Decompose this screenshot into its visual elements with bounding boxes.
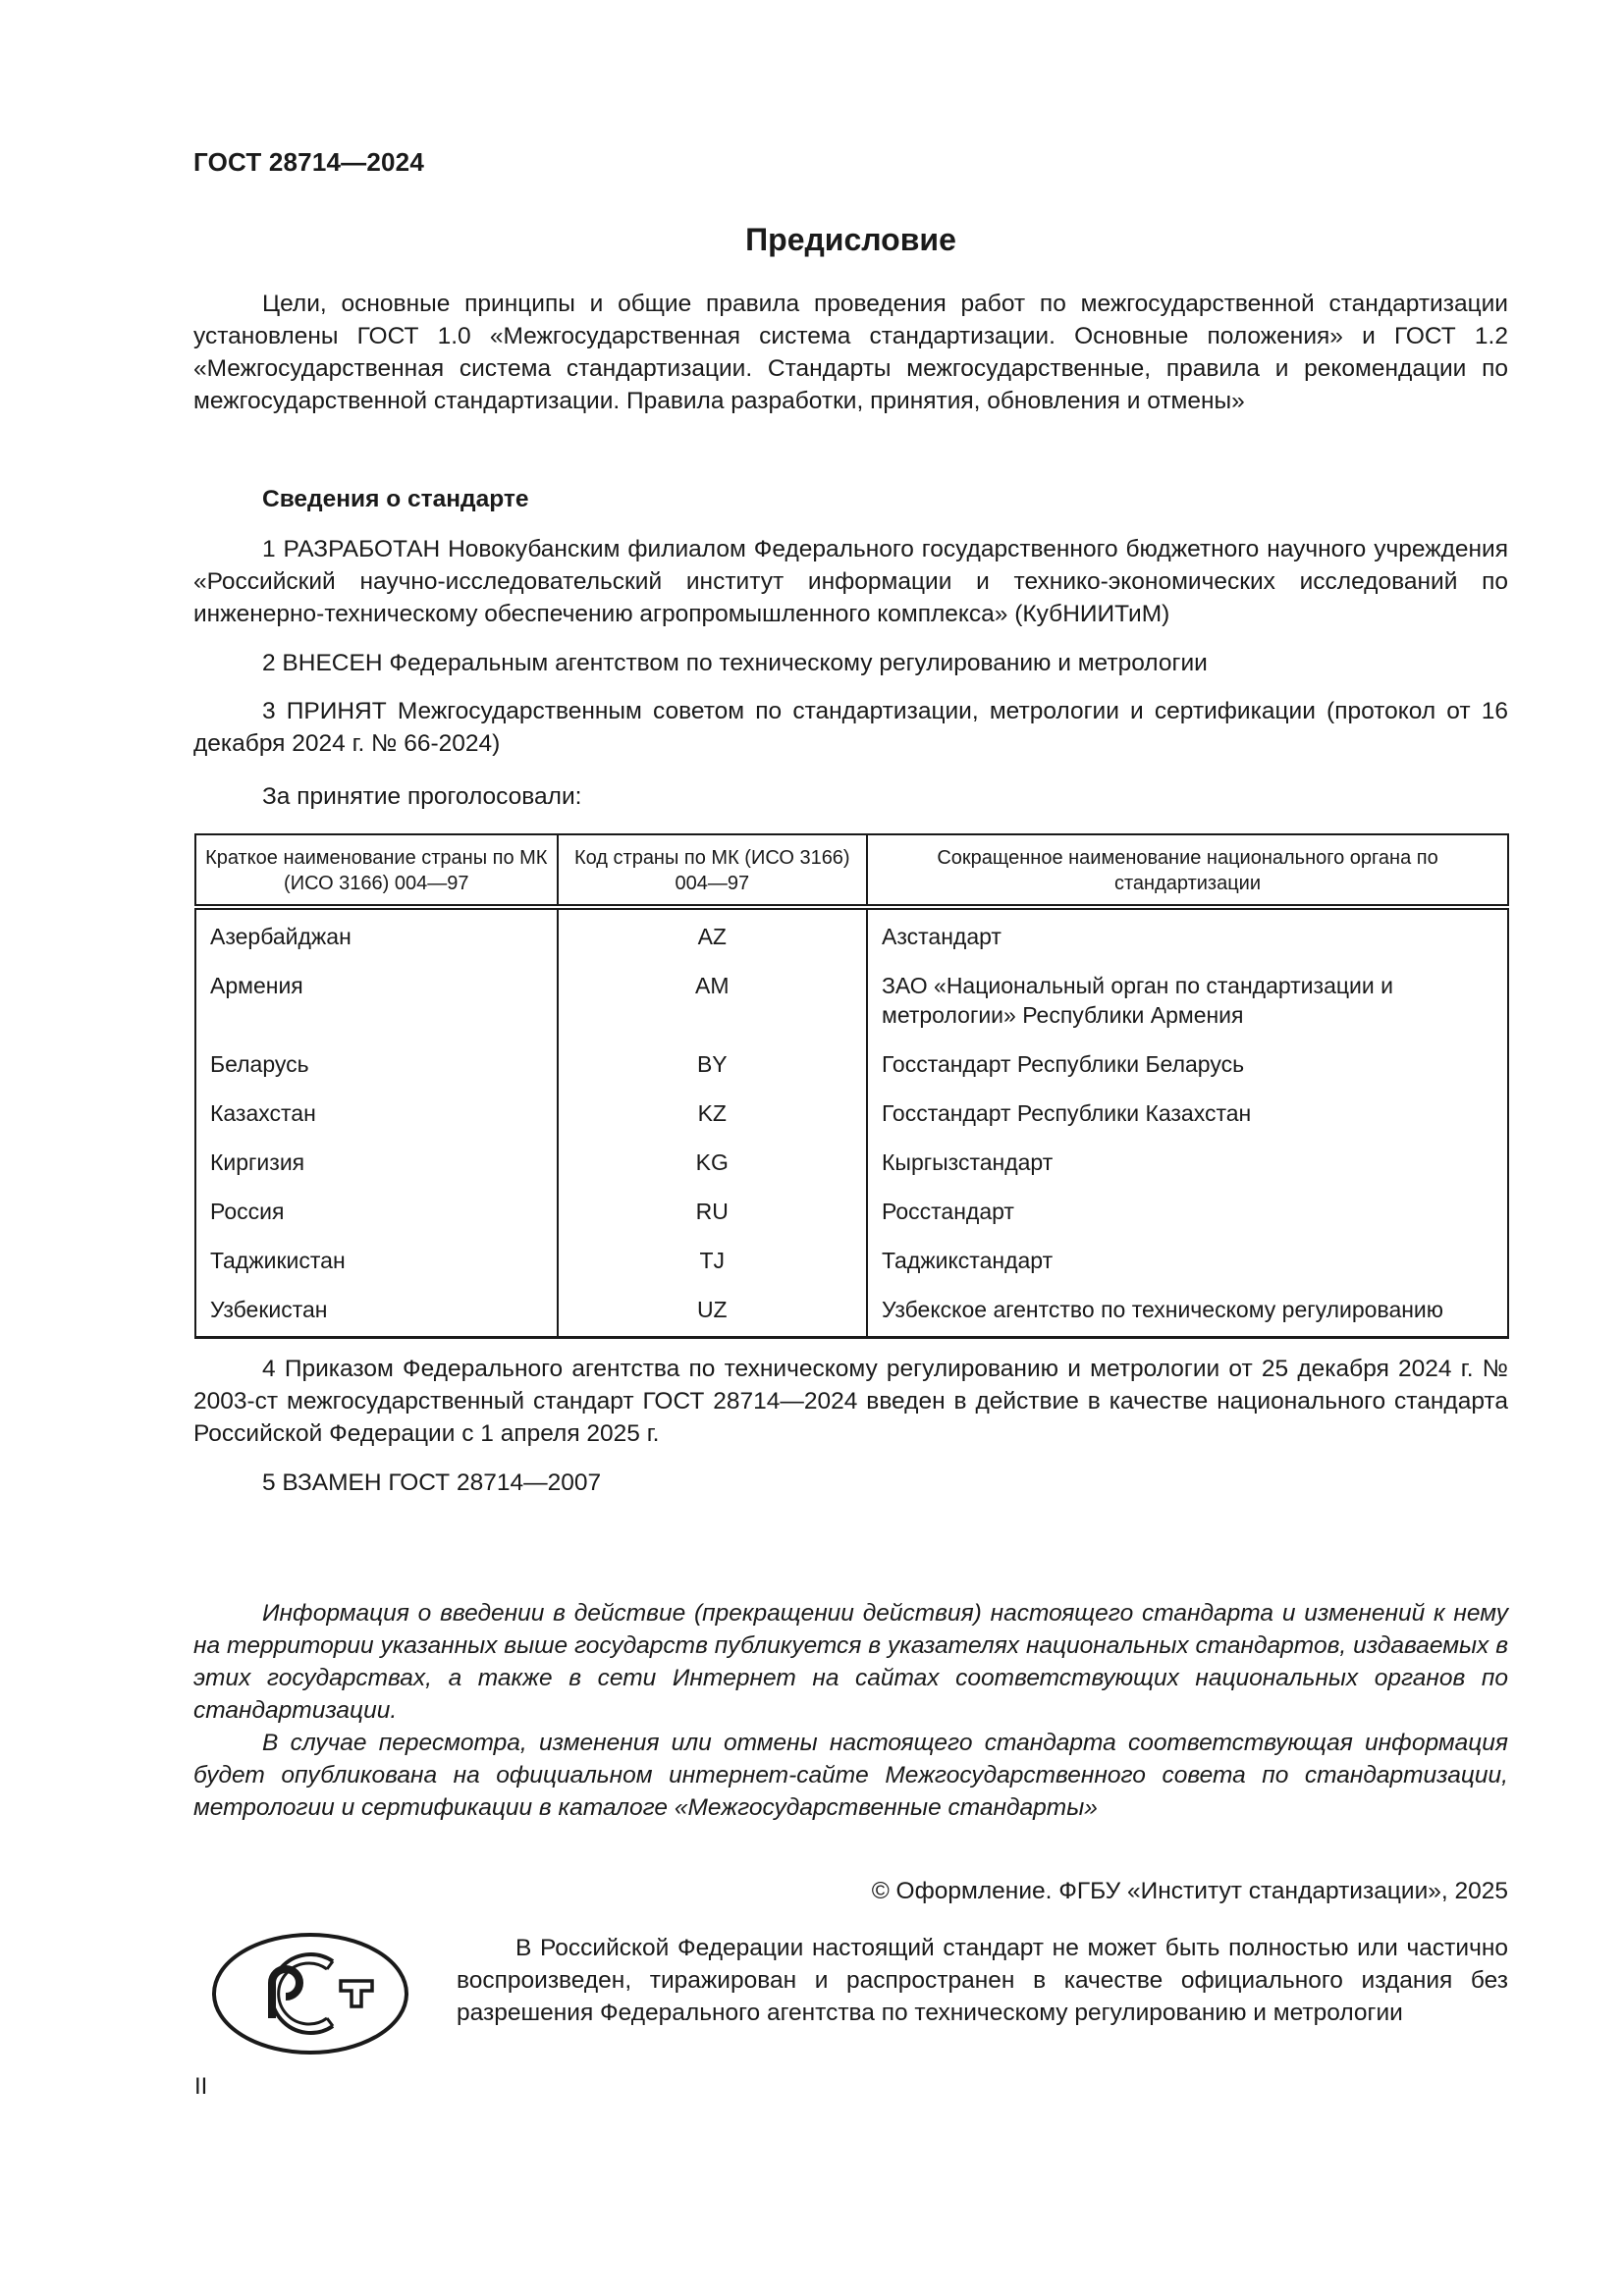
table-row: БеларусьBYГосстандарт Республики Беларус… <box>195 1040 1508 1089</box>
rst-logo-icon <box>211 1932 409 2056</box>
cell-standards-body: ЗАО «Национальный орган по стандартизаци… <box>867 961 1508 1040</box>
cell-standards-body: Таджикстандарт <box>867 1236 1508 1285</box>
document-code: ГОСТ 28714—2024 <box>193 147 424 178</box>
cell-code: UZ <box>558 1285 867 1338</box>
cell-code: BY <box>558 1040 867 1089</box>
cell-country: Казахстан <box>195 1089 558 1138</box>
copyright-line: © Оформление. ФГБУ «Институт стандартиза… <box>872 1875 1508 1907</box>
cell-standards-body: Азстандарт <box>867 907 1508 961</box>
page-number: II <box>194 2073 207 2101</box>
cell-code: KG <box>558 1138 867 1187</box>
info-item-5: 5 ВЗАМЕН ГОСТ 28714—2007 <box>193 1467 1508 1499</box>
column-header-country: Краткое наименование страны по МК (ИСО 3… <box>195 834 558 907</box>
table-header-row: Краткое наименование страны по МК (ИСО 3… <box>195 834 1508 907</box>
info-item-1: 1 РАЗРАБОТАН Новокубанским филиалом Феде… <box>193 533 1508 630</box>
cell-country: Россия <box>195 1187 558 1236</box>
page-title: Предисловие <box>193 222 1508 258</box>
cell-country: Таджикистан <box>195 1236 558 1285</box>
cell-standards-body: Узбекское агентство по техническому регу… <box>867 1285 1508 1338</box>
standard-info-heading: Сведения о стандарте <box>193 483 1577 515</box>
cell-standards-body: Госстандарт Республики Беларусь <box>867 1040 1508 1089</box>
intro-paragraph: Цели, основные принципы и общие правила … <box>193 288 1508 417</box>
voted-label: За принятие проголосовали: <box>193 780 1508 813</box>
cell-standards-body: Росстандарт <box>867 1187 1508 1236</box>
info-item-2: 2 ВНЕСЕН Федеральным агентством по техни… <box>193 647 1508 679</box>
table-row: ТаджикистанTJТаджикстандарт <box>195 1236 1508 1285</box>
cell-code: TJ <box>558 1236 867 1285</box>
notice-paragraph-1: Информация о введении в действие (прекра… <box>193 1597 1508 1727</box>
table-row: АзербайджанAZАзстандарт <box>195 907 1508 961</box>
info-item-3: 3 ПРИНЯТ Межгосударственным советом по с… <box>193 695 1508 760</box>
cell-code: AZ <box>558 907 867 961</box>
cell-country: Киргизия <box>195 1138 558 1187</box>
cell-code: RU <box>558 1187 867 1236</box>
column-header-code: Код страны по МК (ИСО 3166) 004—97 <box>558 834 867 907</box>
table-row: КиргизияKGКыргызстандарт <box>195 1138 1508 1187</box>
table-row: АрменияAMЗАО «Национальный орган по стан… <box>195 961 1508 1040</box>
voting-countries-table: Краткое наименование страны по МК (ИСО 3… <box>194 833 1509 1339</box>
cell-standards-body: Госстандарт Республики Казахстан <box>867 1089 1508 1138</box>
column-header-body: Сокращенное наименование национального о… <box>867 834 1508 907</box>
cell-country: Азербайджан <box>195 907 558 961</box>
cell-code: KZ <box>558 1089 867 1138</box>
cell-standards-body: Кыргызстандарт <box>867 1138 1508 1187</box>
legal-notice: В Российской Федерации настоящий стандар… <box>457 1932 1508 2029</box>
notice-block: Информация о введении в действие (прекра… <box>193 1597 1508 1824</box>
table-row: КазахстанKZГосстандарт Республики Казахс… <box>195 1089 1508 1138</box>
table-row: УзбекистанUZУзбекское агентство по техни… <box>195 1285 1508 1338</box>
table-row: РоссияRUРосстандарт <box>195 1187 1508 1236</box>
cell-code: AM <box>558 961 867 1040</box>
cell-country: Армения <box>195 961 558 1040</box>
cell-country: Беларусь <box>195 1040 558 1089</box>
notice-paragraph-2: В случае пересмотра, изменения или отмен… <box>193 1727 1508 1824</box>
cell-country: Узбекистан <box>195 1285 558 1338</box>
info-item-4: 4 Приказом Федерального агентства по тех… <box>193 1353 1508 1450</box>
